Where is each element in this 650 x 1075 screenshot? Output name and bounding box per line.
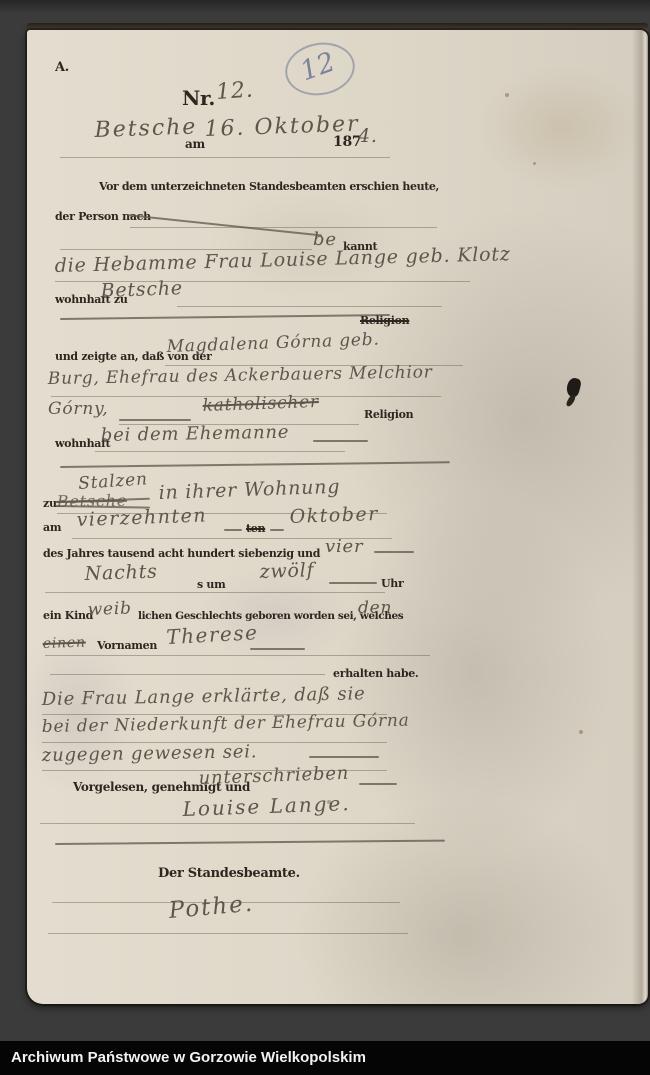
s-um-label: s um xyxy=(197,578,225,591)
place-value: Betsche xyxy=(94,114,198,143)
year-words-label: des Jahres tausend acht hundert siebenzi… xyxy=(43,547,320,560)
corner-letter: A. xyxy=(55,60,69,75)
pen-stroke xyxy=(55,840,445,845)
zu-label: zu xyxy=(43,497,57,510)
religion-label-1: Religion xyxy=(360,314,409,327)
birthplace-corrected: Stalzen xyxy=(78,469,149,494)
ruled-line xyxy=(45,655,430,656)
erhalten-label: erhalten habe. xyxy=(333,667,418,680)
ruled-line xyxy=(48,933,408,934)
document-page: A. 12 Nr. 12. Betsche am 16. Oktober 187… xyxy=(27,30,648,1004)
am-label: am xyxy=(185,137,205,151)
pen-stroke xyxy=(359,783,397,785)
statement-line: zugegen gewesen sei. xyxy=(42,741,258,766)
official-signature: Pothe. xyxy=(168,891,255,924)
ruled-line xyxy=(40,823,415,824)
hour-hand: zwölf xyxy=(259,559,315,583)
mother-line-1: Magdalena Górna geb. xyxy=(166,330,380,357)
pen-stroke xyxy=(313,440,368,442)
religion-label-2: Religion xyxy=(364,408,413,421)
mother-line-3: Górny, xyxy=(48,399,108,419)
mother-line-2: Burg, Ehefrau des Ackerbauers Melchior xyxy=(48,362,433,389)
birthplace-detail: in ihrer Wohnung xyxy=(158,476,340,504)
foxing-dot xyxy=(505,93,509,97)
pencil-circle: 12 xyxy=(281,37,359,100)
ruled-line xyxy=(60,157,390,158)
official-title: Der Standesbeamte. xyxy=(158,866,300,881)
ruled-line xyxy=(177,306,442,307)
nr-label: Nr. xyxy=(182,86,215,110)
pencil-page-number: 12 xyxy=(296,46,339,87)
viewer-background: A. 12 Nr. 12. Betsche am 16. Oktober 187… xyxy=(0,0,650,1075)
ink-blot-tail xyxy=(565,393,576,407)
pen-stroke xyxy=(224,529,242,531)
ruled-line xyxy=(45,592,385,593)
einen-hand: einen xyxy=(42,635,86,652)
page-edge-curl xyxy=(632,30,648,1004)
pen-stroke xyxy=(309,756,379,758)
ten-label: ten xyxy=(246,522,265,535)
pen-stroke xyxy=(60,461,450,467)
statement-line: Die Frau Lange erklärte, daß sie xyxy=(42,683,366,710)
foxing-dot xyxy=(533,162,536,165)
declarant-signature: Louise Lange. xyxy=(182,791,351,821)
pen-stroke xyxy=(374,551,414,553)
child-name: Therese xyxy=(166,620,259,649)
birth-day: vierzehnten xyxy=(76,504,207,531)
ruled-line xyxy=(95,451,345,452)
year-word-hand: vier xyxy=(325,536,363,557)
pen-stroke xyxy=(119,419,191,421)
ruled-line xyxy=(130,227,437,228)
pen-stroke xyxy=(250,648,305,650)
unterschrieben-hand: unterschrieben xyxy=(198,763,349,789)
welches-hand: den xyxy=(358,598,392,618)
birth-month: Oktober xyxy=(289,503,379,528)
pen-stroke xyxy=(127,214,322,236)
kind-label-1: ein Kind xyxy=(43,609,93,622)
year-digit: 4. xyxy=(358,125,378,147)
am2-label: am xyxy=(43,521,61,534)
time-of-day-hand: Nachts xyxy=(84,560,158,585)
pen-stroke xyxy=(329,582,377,584)
vornamen-label: Vornamen xyxy=(97,639,157,652)
intro-line: Vor dem unterzeichneten Standesbeamten e… xyxy=(99,180,439,193)
religion-hand: katholischer xyxy=(202,392,319,416)
nr-value: 12. xyxy=(215,77,254,105)
archive-footer-bar: Archiwum Państwowe w Gorzowie Wielkopols… xyxy=(0,1041,650,1075)
ruled-line xyxy=(50,674,325,675)
pen-stroke xyxy=(270,529,284,531)
uhr-label: Uhr xyxy=(381,577,404,590)
declarant-residence: Betsche xyxy=(100,277,183,302)
archive-name: Archiwum Państwowe w Gorzowie Wielkopols… xyxy=(0,1041,650,1075)
pen-stroke xyxy=(60,314,390,320)
mother-residence: bei dem Ehemanne xyxy=(101,422,290,446)
gender-hand: weib xyxy=(87,598,132,620)
foxing-dot xyxy=(579,730,583,734)
